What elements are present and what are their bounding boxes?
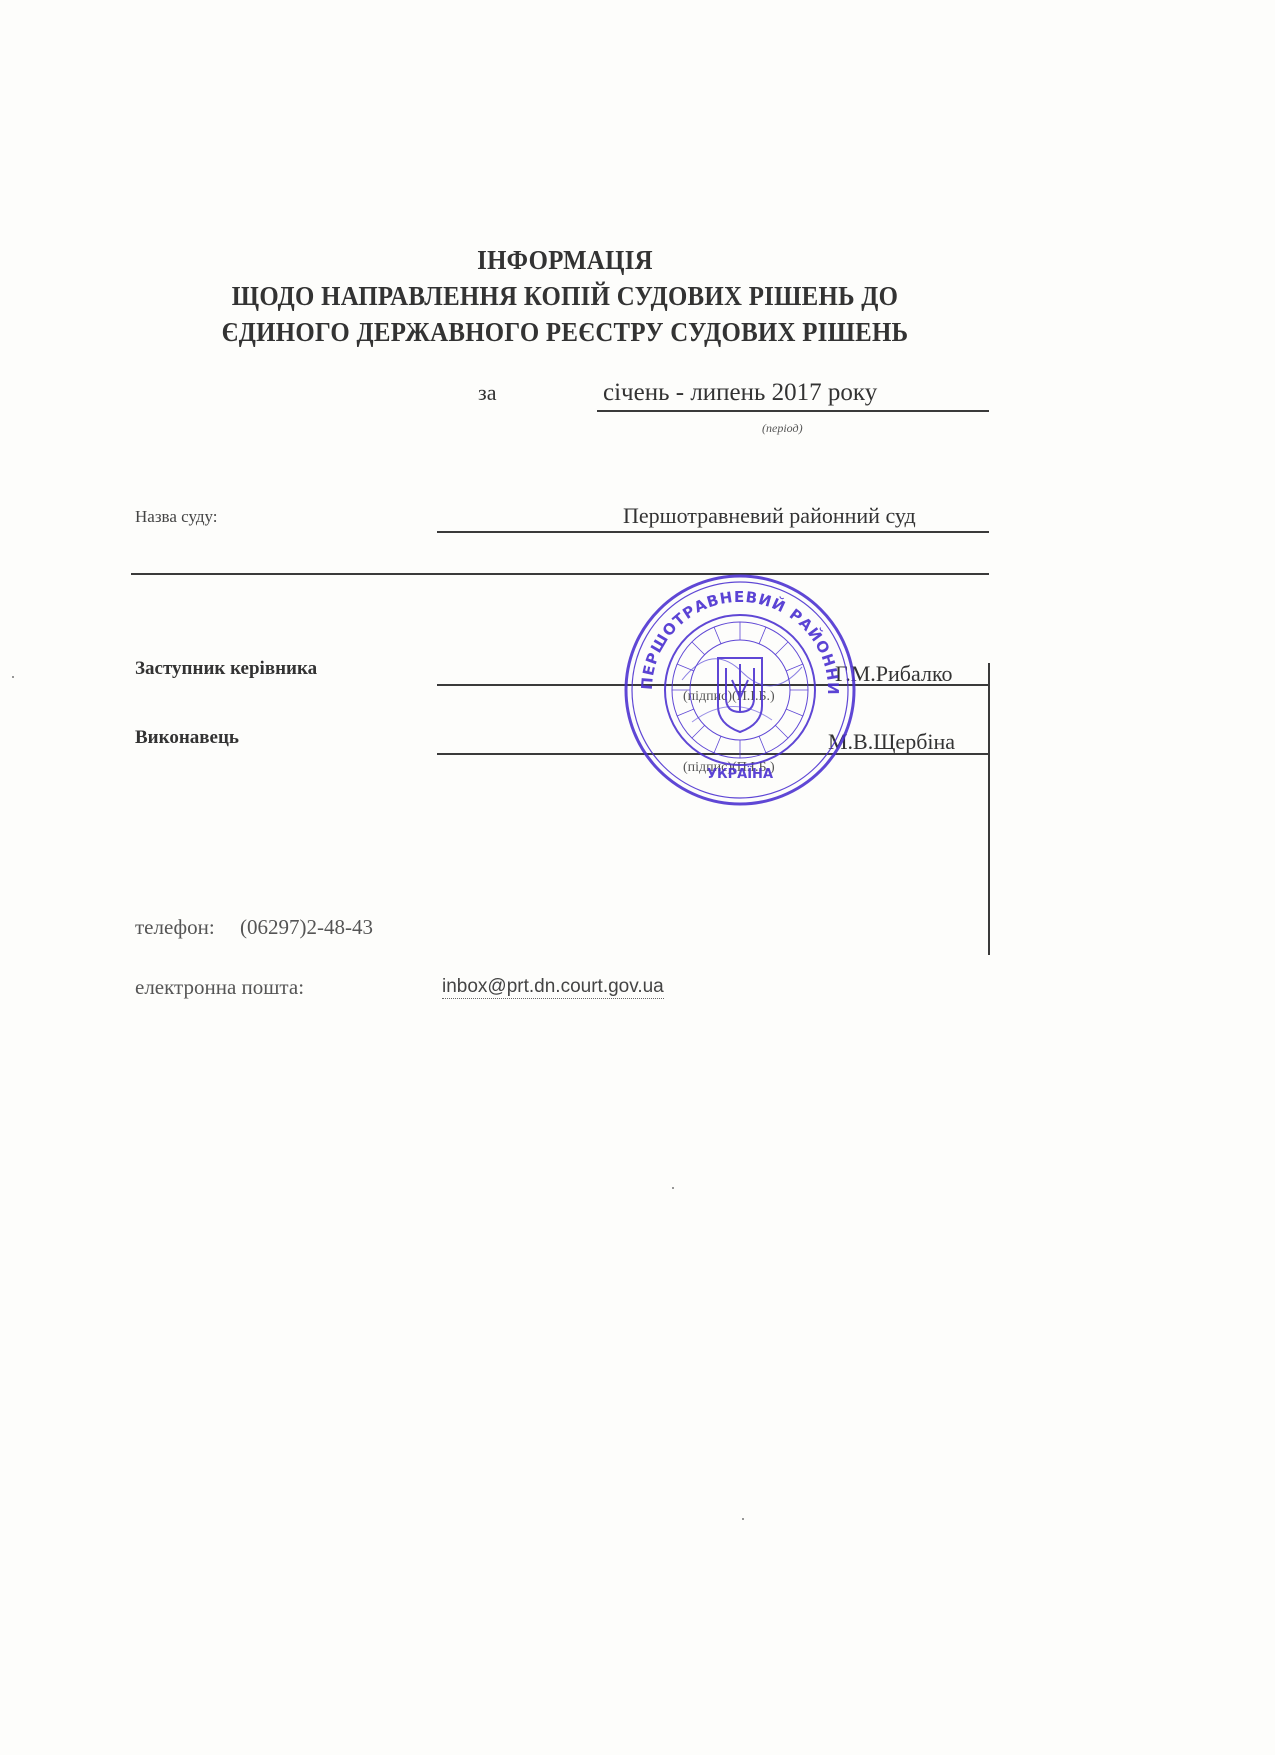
signature-role-deputy: Заступник керівника xyxy=(135,658,317,680)
section-divider xyxy=(131,573,989,575)
right-border-line xyxy=(988,663,990,955)
svg-text:УКРАЇНА: УКРАЇНА xyxy=(707,766,773,782)
court-label: Назва суду: xyxy=(135,507,218,527)
scan-artifact xyxy=(12,676,14,678)
official-stamp: ПЕРШОТРАВНЕВИЙ РАЙОННИЙ СУД ДОНЕЦЬКОЇ УК… xyxy=(622,572,858,808)
phone-value: (06297)2-48-43 xyxy=(240,915,373,940)
scan-artifact xyxy=(672,1187,674,1189)
period-underline xyxy=(597,410,989,412)
document-title-line-1: ІНФОРМАЦІЯ xyxy=(45,243,1085,277)
period-caption: (період) xyxy=(762,421,803,436)
period-value: січень - липень 2017 року xyxy=(603,379,877,407)
scan-artifact xyxy=(742,1518,744,1520)
document-title-line-3: ЄДИНОГО ДЕРЖАВНОГО РЕЄСТРУ СУДОВИХ РІШЕН… xyxy=(45,315,1085,349)
email-label: електронна пошта: xyxy=(135,975,304,1000)
email-link[interactable]: inbox@prt.dn.court.gov.ua xyxy=(442,976,664,999)
signature-role-executor: Виконавець xyxy=(135,727,239,749)
court-seal-icon: ПЕРШОТРАВНЕВИЙ РАЙОННИЙ СУД ДОНЕЦЬКОЇ УК… xyxy=(622,572,858,808)
document-title-line-2: ЩОДО НАПРАВЛЕННЯ КОПІЙ СУДОВИХ РІШЕНЬ ДО xyxy=(45,279,1085,313)
phone-label: телефон: xyxy=(135,915,215,940)
court-underline xyxy=(437,531,989,533)
svg-text:ПЕРШОТРАВНЕВИЙ РАЙОННИЙ СУД ДО: ПЕРШОТРАВНЕВИЙ РАЙОННИЙ СУД ДОНЕЦЬКОЇ xyxy=(622,572,842,696)
period-prefix: за xyxy=(478,380,496,406)
court-value: Першотравневий районний суд xyxy=(623,503,916,529)
